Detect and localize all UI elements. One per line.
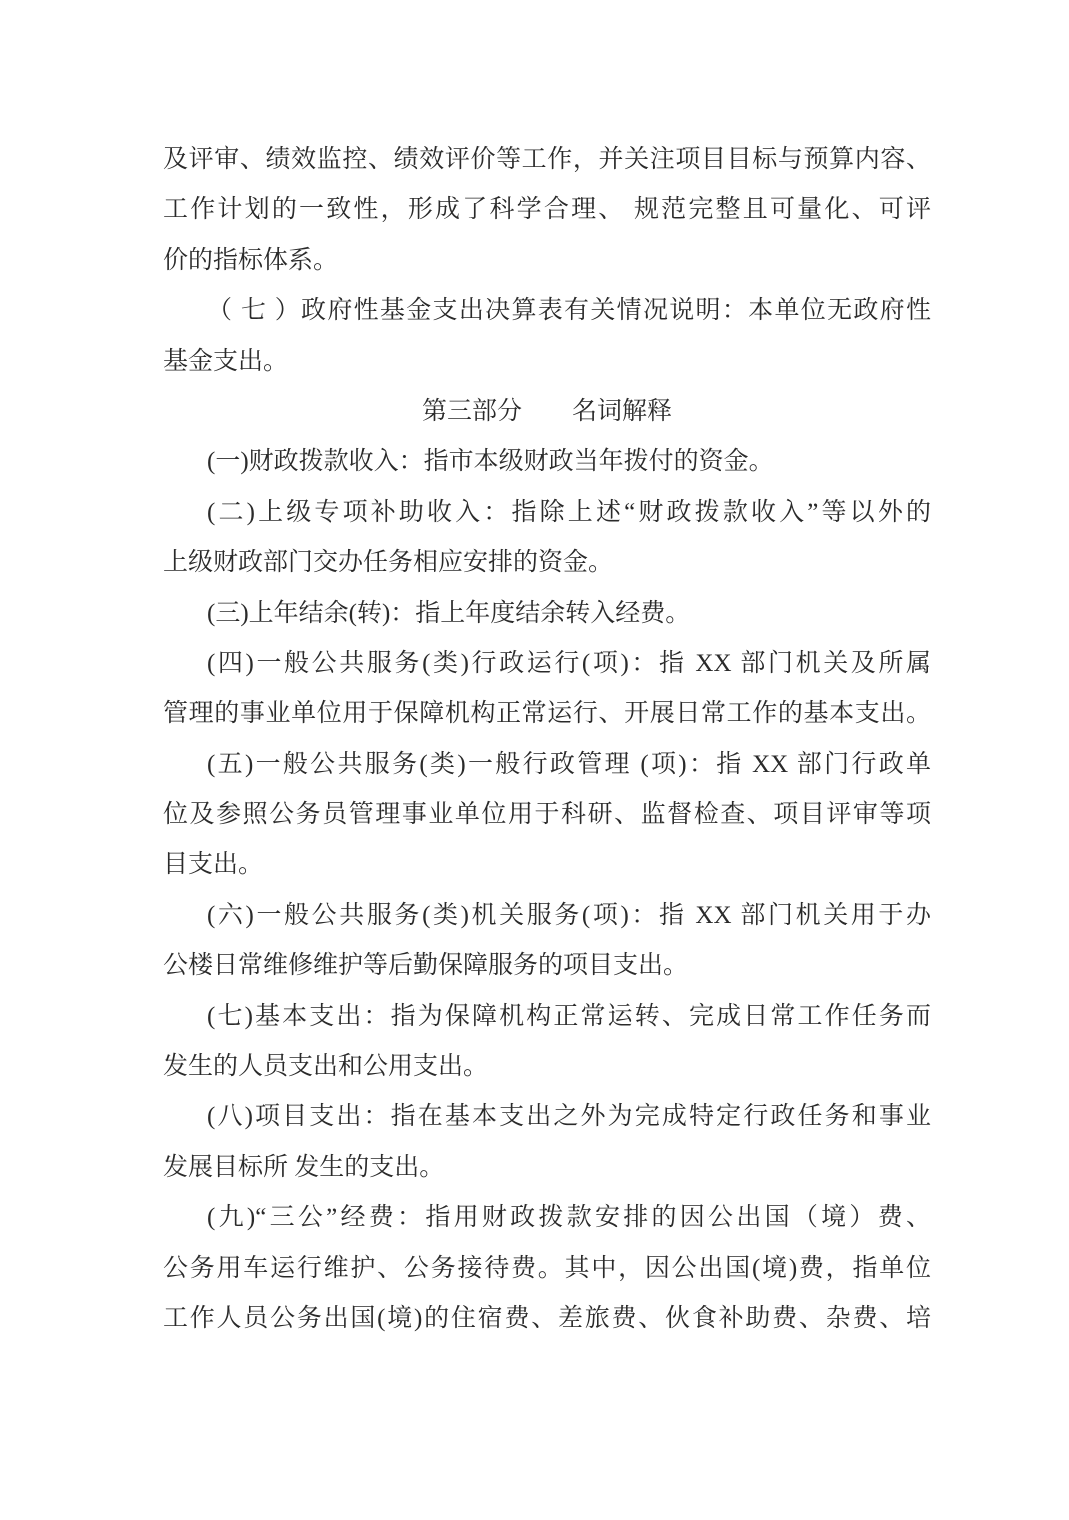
section-heading: 第三部分 名词解释: [163, 387, 931, 437]
text-line: (八)项目支出：指在基本支出之外为完成特定行政任务和事业: [163, 1092, 931, 1142]
text-line: 位及参照公务员管理事业单位用于科研、监督检查、项目评审等项: [163, 790, 931, 840]
text-line: 上级财政部门交办任务相应安排的资金。: [163, 538, 931, 588]
document-page: 及评审、绩效监控、绩效评价等工作，并关注项目目标与预算内容、工作计划的一致性，形…: [0, 0, 1069, 1520]
text-line: (九)“三公”经费：指用财政拨款安排的因公出国（境）费、: [163, 1193, 931, 1243]
text-line: (三)上年结余(转)：指上年度结余转入经费。: [163, 589, 931, 639]
text-line: (六)一般公共服务(类)机关服务(项)：指 XX 部门机关用于办: [163, 891, 931, 941]
text-line: 基金支出。: [163, 337, 931, 387]
text-line: 工作人员公务出国(境)的住宿费、差旅费、伙食补助费、杂费、培: [163, 1294, 931, 1344]
text-line: 公楼日常维修维护等后勤保障服务的项目支出。: [163, 941, 931, 991]
text-line: 公务用车运行维护、公务接待费。其中，因公出国(境)费，指单位: [163, 1244, 931, 1294]
text-line: 目支出。: [163, 840, 931, 890]
document-body: 及评审、绩效监控、绩效评价等工作，并关注项目目标与预算内容、工作计划的一致性，形…: [163, 135, 931, 1344]
text-line: (七)基本支出：指为保障机构正常运转、完成日常工作任务而: [163, 992, 931, 1042]
text-line: (五)一般公共服务(类)一般行政管理 (项)：指 XX 部门行政单: [163, 740, 931, 790]
text-line: 管理的事业单位用于保障机构正常运行、开展日常工作的基本支出。: [163, 689, 931, 739]
text-line: 发生的人员支出和公用支出。: [163, 1042, 931, 1092]
text-line: 价的指标体系。: [163, 236, 931, 286]
text-line: 发展目标所 发生的支出。: [163, 1143, 931, 1193]
text-line: 及评审、绩效监控、绩效评价等工作，并关注项目目标与预算内容、: [163, 135, 931, 185]
text-line: （ 七 ）政府性基金支出决算表有关情况说明：本单位无政府性: [163, 286, 931, 336]
text-line: (二)上级专项补助收入：指除上述“财政拨款收入”等以外的: [163, 488, 931, 538]
text-line: (四)一般公共服务(类)行政运行(项)：指 XX 部门机关及所属: [163, 639, 931, 689]
text-line: 工作计划的一致性，形成了科学合理、 规范完整且可量化、可评: [163, 185, 931, 235]
text-line: (一)财政拨款收入：指市本级财政当年拨付的资金。: [163, 437, 931, 487]
